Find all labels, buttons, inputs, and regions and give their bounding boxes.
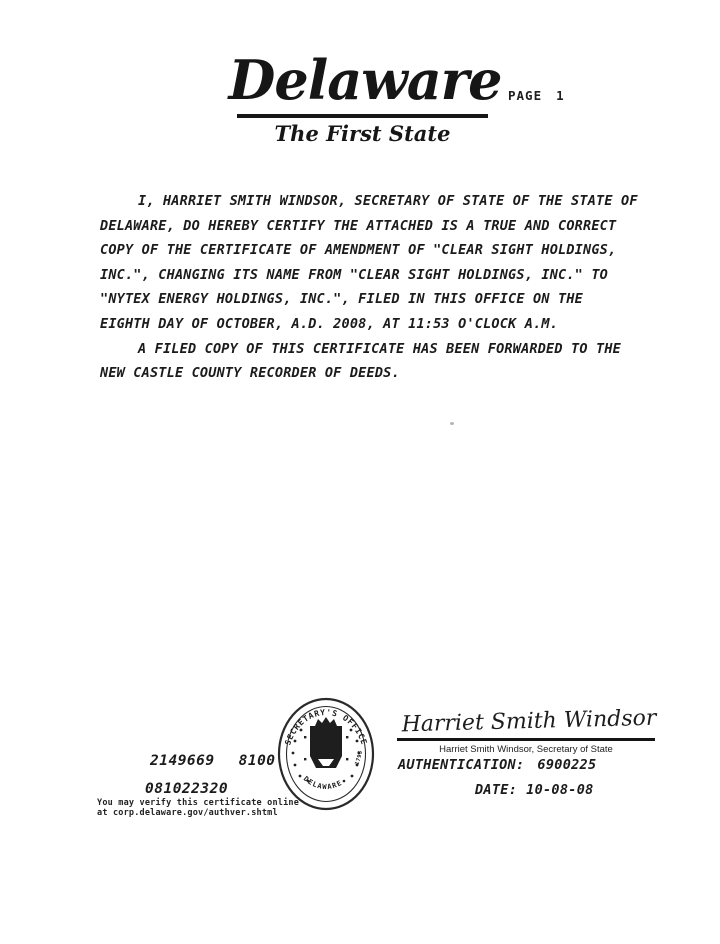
authentication-row: AUTHENTICATION:6900225: [398, 757, 596, 773]
verification-note: You may verify this certificate online a…: [97, 799, 299, 818]
title-underline-rule: [237, 114, 488, 118]
page-label: PAGE: [508, 88, 542, 103]
authentication-label: AUTHENTICATION:: [398, 757, 524, 773]
document-number: 081022320: [145, 781, 228, 797]
certificate-page: Delaware The First State PAGE1 I, HARRIE…: [0, 0, 720, 944]
page-number: PAGE1: [508, 88, 565, 103]
authentication-value: 6900225: [537, 757, 596, 773]
certification-line: INC.", CHANGING ITS NAME FROM "CLEAR SIG…: [100, 267, 648, 292]
filing-code: 8100: [239, 753, 276, 769]
svg-text:DELAWARE: DELAWARE: [302, 775, 344, 791]
certification-line: COPY OF THE CERTIFICATE OF AMENDMENT OF …: [100, 242, 648, 267]
certification-line: A FILED COPY OF THIS CERTIFICATE HAS BEE…: [100, 341, 648, 366]
verification-note-line2: at corp.delaware.gov/authver.shtml: [97, 809, 299, 819]
certification-line: I, HARRIET SMITH WINDSOR, SECRETARY OF S…: [100, 193, 648, 218]
signature-rule: [397, 738, 655, 741]
date-row: DATE:10-08-08: [475, 782, 594, 798]
certification-line: "NYTEX ENERGY HOLDINGS, INC.", FILED IN …: [100, 291, 648, 316]
certification-text: I, HARRIET SMITH WINDSOR, SECRETARY OF S…: [100, 193, 648, 390]
state-title: Delaware: [215, 50, 515, 110]
seal-svg: SECRETARY'S OFFICE DELAWARE 1793: [277, 696, 377, 812]
scan-speck: [450, 422, 454, 425]
page-number-value: 1: [556, 88, 565, 103]
state-motto: The First State: [237, 121, 488, 146]
certification-line: EIGHTH DAY OF OCTOBER, A.D. 2008, AT 11:…: [100, 316, 648, 341]
signature-printed-name: Harriet Smith Windsor, Secretary of Stat…: [397, 744, 655, 755]
certification-line: NEW CASTLE COUNTY RECORDER OF DEEDS.: [100, 365, 648, 390]
date-value: 10-08-08: [526, 782, 593, 798]
seal-bottom-text: DELAWARE: [302, 775, 344, 791]
file-number: 2149669: [150, 753, 215, 769]
certification-line: DELAWARE, DO HEREBY CERTIFY THE ATTACHED…: [100, 218, 648, 243]
filing-numbers: 21496698100: [150, 753, 276, 769]
date-label: DATE:: [475, 782, 517, 798]
secretary-signature: Harriet Smith Windsor: [400, 706, 659, 738]
